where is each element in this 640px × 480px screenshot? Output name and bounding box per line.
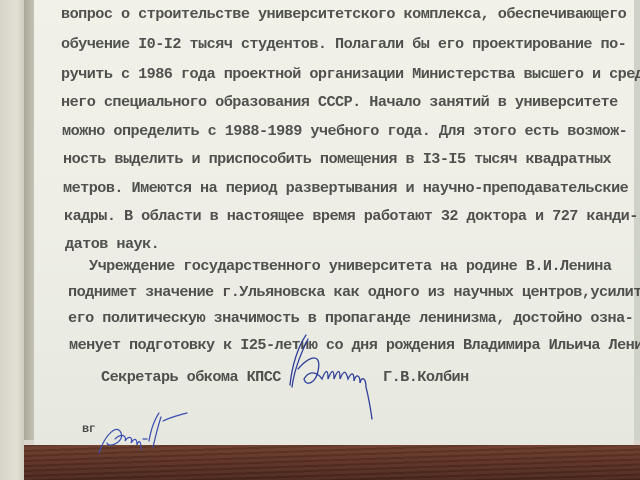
text-line: поднимет значение г.Ульяновска как одног…	[68, 283, 640, 301]
handwritten-signature	[270, 325, 400, 425]
text-line: Учреждение государственного университета…	[89, 257, 611, 275]
text-line: него специального образования СССР. Нача…	[61, 93, 618, 111]
text-line: ручить с 1986 года проектной организации…	[61, 65, 640, 83]
text-line: метров. Имеются на период развертывания …	[63, 179, 628, 197]
typed-text-body: вопрос о строительстве университетского …	[0, 0, 17, 342]
text-line: ность выделить и приспособить помещения …	[63, 150, 611, 168]
text-line: можно определить с 1988-1989 учебного го…	[62, 122, 627, 140]
binding-gutter	[24, 0, 34, 440]
signatory-title: Секретарь обкома КПСС	[101, 368, 281, 386]
text-line: вопрос о строительстве университетского …	[61, 5, 626, 23]
text-line: кадры. В области в настоящее время работ…	[64, 207, 638, 225]
handwritten-initials-signature	[95, 405, 195, 465]
text-line: обучение I0-I2 тысяч студентов. Полагали…	[61, 35, 626, 53]
initials-note: вг	[82, 422, 95, 436]
text-line: датов наук.	[65, 235, 159, 253]
